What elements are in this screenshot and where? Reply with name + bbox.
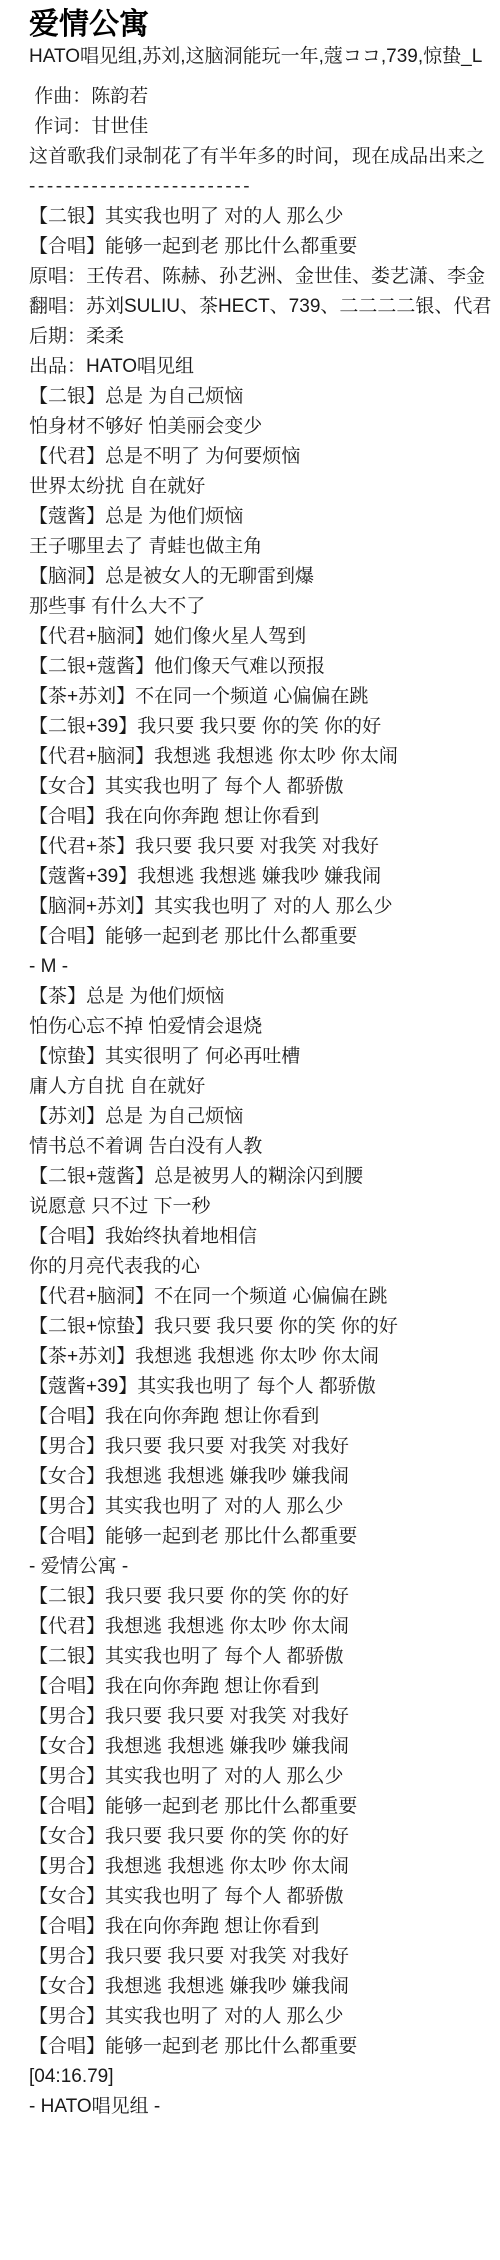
lyric-line: 【二银+蔻酱】他们像天气难以预报 <box>29 652 500 682</box>
lyric-line: 【合唱】我始终执着地相信 <box>29 1222 500 1252</box>
lyric-line: 世界太纷扰 自在就好 <box>29 472 500 502</box>
lyric-line: 【代君+茶】我只要 我只要 对我笑 对我好 <box>29 832 500 862</box>
lyric-line: 【男合】我只要 我只要 对我笑 对我好 <box>29 1432 500 1462</box>
lyric-line: 【合唱】能够一起到老 那比什么都重要 <box>29 1792 500 1822</box>
lyric-line: 出品：HATO唱见组 <box>29 352 500 382</box>
artist-list: HATO唱见组,苏刘,这脑洞能玩一年,蔻ココ,739,惊蛰_L <box>29 44 500 70</box>
lyric-line: 【蔻酱+39】我想逃 我想逃 嫌我吵 嫌我闹 <box>29 862 500 892</box>
lyric-line: 你的月亮代表我的心 <box>29 1252 500 1282</box>
lyric-line: 【惊蛰】其实很明了 何必再吐槽 <box>29 1042 500 1072</box>
lyric-line: 【男合】我只要 我只要 对我笑 对我好 <box>29 1942 500 1972</box>
lyric-line: 王子哪里去了 青蛙也做主角 <box>29 532 500 562</box>
lyric-line: 【合唱】能够一起到老 那比什么都重要 <box>29 2032 500 2062</box>
lyric-line: 【脑洞+苏刘】其实我也明了 对的人 那么少 <box>29 892 500 922</box>
lyric-line: 后期：柔柔 <box>29 322 500 352</box>
lyric-line: 【蔻酱+39】其实我也明了 每个人 都骄傲 <box>29 1372 500 1402</box>
lyric-line: 【二银】总是 为自己烦恼 <box>29 382 500 412</box>
lyric-line: 【合唱】我在向你奔跑 想让你看到 <box>29 1912 500 1942</box>
lyric-line: 情书总不着调 告白没有人教 <box>29 1132 500 1162</box>
lyrics-body: 作曲：陈韵若 作词：甘世佳这首歌我们录制花了有半年多的时间，现在成品出来之---… <box>29 82 500 2122</box>
lyric-line: 【代君】我想逃 我想逃 你太吵 你太闹 <box>29 1612 500 1642</box>
lyric-line: 【合唱】我在向你奔跑 想让你看到 <box>29 1672 500 1702</box>
song-title: 爱情公寓 <box>29 6 500 44</box>
lyric-line: 那些事 有什么大不了 <box>29 592 500 622</box>
lyric-line: 【二银+蔻酱】总是被男人的糊涂闪到腰 <box>29 1162 500 1192</box>
lyric-line: 作词：甘世佳 <box>29 112 500 142</box>
lyric-line: 【男合】其实我也明了 对的人 那么少 <box>29 2002 500 2032</box>
lyric-line: 【茶+苏刘】不在同一个频道 心偏偏在跳 <box>29 682 500 712</box>
lyric-line: 这首歌我们录制花了有半年多的时间，现在成品出来之 <box>29 142 500 172</box>
lyric-line: 【代君+脑洞】我想逃 我想逃 你太吵 你太闹 <box>29 742 500 772</box>
lyric-line: 【二银】其实我也明了 每个人 都骄傲 <box>29 1642 500 1672</box>
lyric-line: 【合唱】能够一起到老 那比什么都重要 <box>29 922 500 952</box>
lyric-line: 【女合】其实我也明了 每个人 都骄傲 <box>29 772 500 802</box>
lyric-line: 【合唱】能够一起到老 那比什么都重要 <box>29 1522 500 1552</box>
lyric-line: 【男合】其实我也明了 对的人 那么少 <box>29 1492 500 1522</box>
lyric-line: - M - <box>29 952 500 982</box>
lyric-line: 【二银】其实我也明了 对的人 那么少 <box>29 202 500 232</box>
lyric-line: 【女合】其实我也明了 每个人 都骄傲 <box>29 1882 500 1912</box>
lyric-line: 【脑洞】总是被女人的无聊雷到爆 <box>29 562 500 592</box>
lyric-line: 【代君+脑洞】不在同一个频道 心偏偏在跳 <box>29 1282 500 1312</box>
lyric-line: 【合唱】我在向你奔跑 想让你看到 <box>29 802 500 832</box>
lyrics-page: 爱情公寓 HATO唱见组,苏刘,这脑洞能玩一年,蔻ココ,739,惊蛰_L 作曲：… <box>0 0 500 2260</box>
lyric-line: 翻唱：苏刘SULIU、茶HECT、739、二二二二银、代君 <box>29 292 500 322</box>
lyric-line: 怕身材不够好 怕美丽会变少 <box>29 412 500 442</box>
lyric-line: 【二银】我只要 我只要 你的笑 你的好 <box>29 1582 500 1612</box>
lyric-line: 【代君】总是不明了 为何要烦恼 <box>29 442 500 472</box>
lyric-line: 【苏刘】总是 为自己烦恼 <box>29 1102 500 1132</box>
lyric-line: 【男合】我想逃 我想逃 你太吵 你太闹 <box>29 1852 500 1882</box>
lyric-line: 【二银+39】我只要 我只要 你的笑 你的好 <box>29 712 500 742</box>
lyric-line: 【茶+苏刘】我想逃 我想逃 你太吵 你太闹 <box>29 1342 500 1372</box>
lyric-line: 【女合】我想逃 我想逃 嫌我吵 嫌我闹 <box>29 1462 500 1492</box>
lyric-line: 【男合】我只要 我只要 对我笑 对我好 <box>29 1702 500 1732</box>
lyric-line: 【二银+惊蛰】我只要 我只要 你的笑 你的好 <box>29 1312 500 1342</box>
lyric-line: 【茶】总是 为他们烦恼 <box>29 982 500 1012</box>
lyric-line: 【蔻酱】总是 为他们烦恼 <box>29 502 500 532</box>
lyric-line: ------------------------- <box>29 172 500 202</box>
lyric-line: 作曲：陈韵若 <box>29 82 500 112</box>
lyric-line: [04:16.79] <box>29 2062 500 2092</box>
lyric-line: 【男合】其实我也明了 对的人 那么少 <box>29 1762 500 1792</box>
lyric-line: 【合唱】我在向你奔跑 想让你看到 <box>29 1402 500 1432</box>
lyric-line: 庸人方自扰 自在就好 <box>29 1072 500 1102</box>
lyric-line: 怕伤心忘不掉 怕爱情会退烧 <box>29 1012 500 1042</box>
lyric-line: - HATO唱见组 - <box>29 2092 500 2122</box>
lyric-line: 【女合】我只要 我只要 你的笑 你的好 <box>29 1822 500 1852</box>
lyric-line: 【合唱】能够一起到老 那比什么都重要 <box>29 232 500 262</box>
lyric-line: 说愿意 只不过 下一秒 <box>29 1192 500 1222</box>
lyric-line: - 爱情公寓 - <box>29 1552 500 1582</box>
lyric-line: 【代君+脑洞】她们像火星人驾到 <box>29 622 500 652</box>
lyric-line: 原唱：王传君、陈赫、孙艺洲、金世佳、娄艺潇、李金 <box>29 262 500 292</box>
lyric-line: 【女合】我想逃 我想逃 嫌我吵 嫌我闹 <box>29 1732 500 1762</box>
lyric-line: 【女合】我想逃 我想逃 嫌我吵 嫌我闹 <box>29 1972 500 2002</box>
